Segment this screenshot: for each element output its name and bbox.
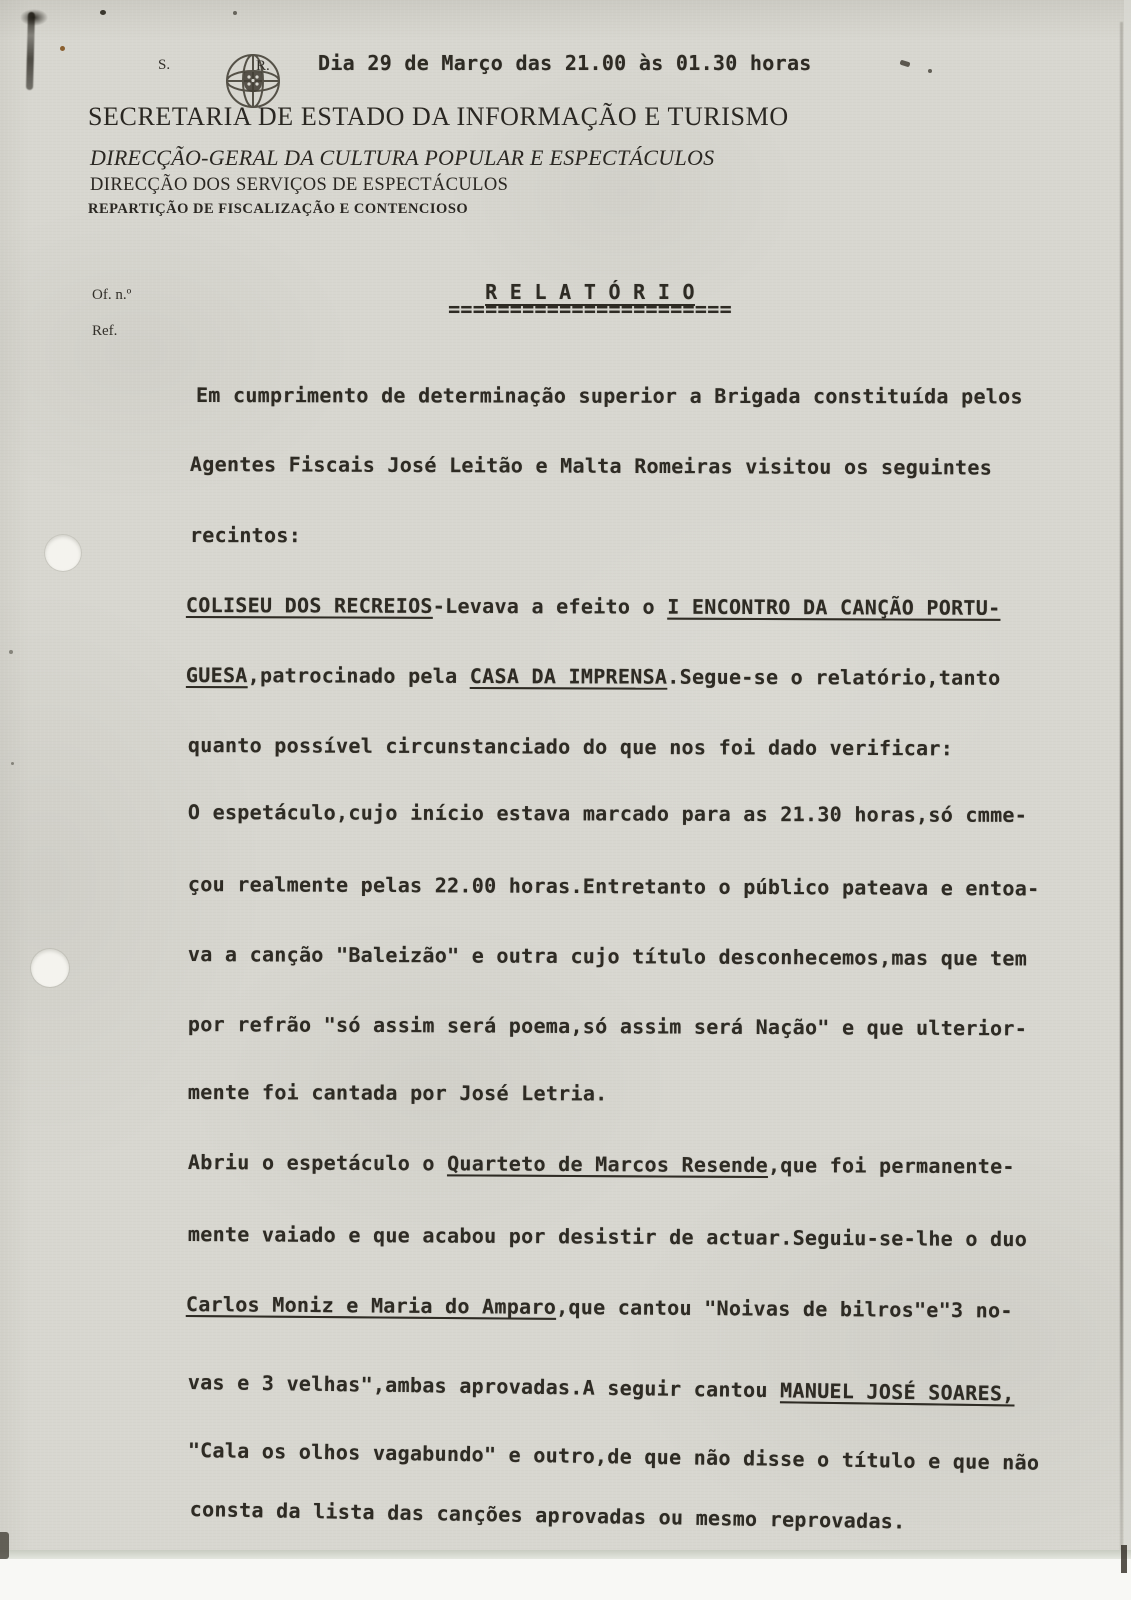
underlined-text: GUESA — [186, 663, 248, 687]
ink-speck — [233, 11, 237, 15]
document-page: S. R. Dia 29 de Março das 21.00 às 01.30… — [0, 0, 1131, 1600]
body-line: COLISEU DOS RECREIOS-Levava a efeito o I… — [186, 593, 1001, 620]
underlined-text: MANUEL JOSÉ SOARES, — [780, 1378, 1015, 1405]
body-line: consta da lista das canções aprovadas ou… — [190, 1497, 906, 1533]
underlined-text: COLISEU DOS RECREIOS — [186, 593, 433, 618]
scan-edge-shadow — [1121, 1545, 1127, 1573]
org-name-line2: DIRECÇÃO-GERAL DA CULTURA POPULAR E ESPE… — [90, 145, 714, 171]
underlined-text: I ENCONTRO DA CANÇÃO PORTU- — [667, 595, 1000, 620]
text-run: recintos: — [190, 523, 301, 547]
event-date-line: Dia 29 de Março das 21.00 às 01.30 horas — [318, 51, 812, 75]
body-line: quanto possível circunstanciado do que n… — [188, 733, 953, 760]
body-line: "Cala os olhos vagabundo" e outro,de que… — [188, 1438, 1040, 1475]
text-run: por refrão "só assim será poema,só assim… — [188, 1012, 1027, 1040]
text-run: quanto possível circunstanciado do que n… — [188, 733, 953, 760]
paper-grain — [0, 0, 1131, 1600]
text-run: Agentes Fiscais José Leitão e Malta Rome… — [190, 452, 992, 479]
text-run: Em cumprimento de determinação superior … — [196, 383, 1023, 408]
ink-speck — [100, 10, 106, 15]
text-run: çou realmente pelas 22.00 horas.Entretan… — [188, 872, 1040, 900]
scan-edge-shadow — [1120, 22, 1123, 1567]
text-run: consta da lista das canções aprovadas ou… — [190, 1497, 906, 1533]
ink-speck — [11, 762, 14, 765]
emblem-right-letter: R. — [256, 58, 270, 75]
text-run: mente vaiado e que acabou por desistir d… — [188, 1222, 1027, 1251]
report-title-underline-row: ======================= — [440, 297, 740, 321]
body-line: Em cumprimento de determinação superior … — [196, 383, 1023, 408]
text-run: O espetáculo,cujo início estava marcado … — [188, 800, 1027, 827]
text-run: Abriu o espetáculo o — [188, 1150, 447, 1175]
reference-label: Ref. — [92, 323, 117, 340]
org-name-line1: SECRETARIA DE ESTADO DA INFORMAÇÃO E TUR… — [88, 102, 789, 132]
org-name-line4: REPARTIÇÃO DE FISCALIZAÇÃO E CONTENCIOSO — [88, 201, 468, 218]
underlined-text: Carlos Moniz e Maria do Amparo — [186, 1292, 556, 1319]
punch-hole — [31, 949, 69, 987]
body-line: vas e 3 velhas",ambas aprovadas.A seguir… — [188, 1370, 1015, 1406]
emblem-left-letter: S. — [158, 57, 170, 74]
office-number-label: Of. n.º — [92, 287, 131, 304]
ink-mark — [0, 1532, 9, 1559]
scan-bottom-edge — [0, 1550, 1131, 1559]
ink-speck — [9, 650, 13, 654]
text-run: va a canção "Baleizão" e outra cujo títu… — [188, 942, 1027, 970]
org-name-line3: DIRECÇÃO DOS SERVIÇOS DE ESPECTÁCULOS — [90, 175, 508, 196]
text-run: ,que cantou "Noivas de bilros"e"3 no- — [556, 1295, 1013, 1323]
body-line: GUESA,patrocinado pela CASA DA IMPRENSA.… — [186, 663, 1001, 690]
body-line: O espetáculo,cujo início estava marcado … — [188, 800, 1027, 827]
body-line: por refrão "só assim será poema,só assim… — [188, 1012, 1027, 1040]
punch-hole — [45, 535, 81, 571]
ink-speck — [928, 69, 932, 73]
body-line: Carlos Moniz e Maria do Amparo,que canto… — [186, 1292, 1013, 1322]
text-run: -Levava a efeito o — [433, 594, 668, 619]
text-run: vas e 3 velhas",ambas aprovadas.A seguir… — [188, 1370, 781, 1402]
body-line: mente foi cantada por José Letria. — [188, 1080, 608, 1105]
text-run: mente foi cantada por José Letria. — [188, 1080, 608, 1105]
underlined-text: CASA DA IMPRENSA — [470, 664, 668, 689]
ink-mark — [26, 12, 35, 90]
rust-speck — [60, 46, 65, 51]
text-run: "Cala os olhos vagabundo" e outro,de que… — [188, 1438, 1040, 1475]
scan-edge — [1124, 0, 1131, 1600]
body-line: va a canção "Baleizão" e outra cujo títu… — [188, 942, 1027, 970]
ink-speck — [899, 60, 910, 68]
text-run: ,patrocinado pela — [248, 663, 470, 688]
text-run: ,que foi permanente- — [768, 1153, 1015, 1178]
text-run: .Segue-se o relatório,tanto — [667, 665, 1000, 690]
body-line: Agentes Fiscais José Leitão e Malta Rome… — [190, 452, 992, 479]
scan-bottom-margin — [0, 1559, 1131, 1600]
body-line: çou realmente pelas 22.00 horas.Entretan… — [188, 872, 1040, 900]
body-line: Abriu o espetáculo o Quarteto de Marcos … — [188, 1150, 1015, 1178]
paper-texture — [0, 0, 1131, 1600]
body-line: mente vaiado e que acabou por desistir d… — [188, 1222, 1027, 1251]
underlined-text: Quarteto de Marcos Resende — [447, 1151, 768, 1177]
body-line: recintos: — [190, 523, 301, 547]
